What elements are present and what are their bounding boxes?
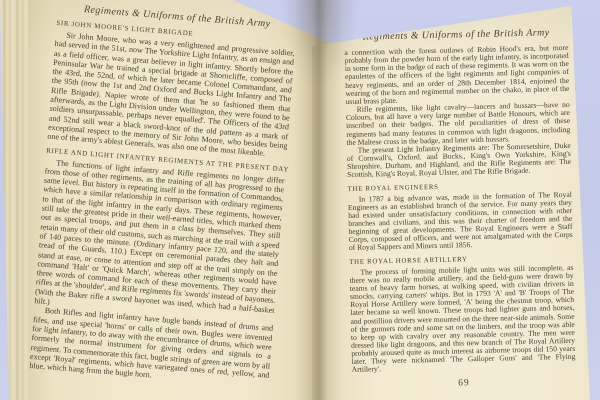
book-photo: Regiments & Uniforms of the British Army… bbox=[0, 0, 600, 400]
paragraph: The present Light Infantry Regiments are… bbox=[347, 142, 572, 180]
paragraph: Rifle regiments, like light cavalry—lanc… bbox=[346, 101, 571, 147]
paragraph: a connection with the forest outlaws of … bbox=[344, 44, 569, 106]
paragraph: Sir John Moore, who was a very enlighten… bbox=[47, 30, 295, 160]
left-page-text-block: Regiments & Uniforms of the British Army… bbox=[29, 2, 297, 389]
paragraph: In 1787 a big advance was, made in the f… bbox=[348, 190, 573, 252]
running-header: Regiments & Uniforms of the British Army bbox=[344, 27, 568, 43]
right-page-text-block: Regiments & Uniforms of the British Army… bbox=[344, 27, 576, 391]
right-page: Regiments & Uniforms of the British Army… bbox=[312, 0, 600, 400]
page-number: 69 bbox=[352, 375, 576, 390]
paragraph: The process of forming mobile light unit… bbox=[349, 263, 575, 374]
paragraph: The functions of light infantry and Rifl… bbox=[34, 157, 285, 324]
left-page: Regiments & Uniforms of the British Army… bbox=[28, 0, 328, 400]
